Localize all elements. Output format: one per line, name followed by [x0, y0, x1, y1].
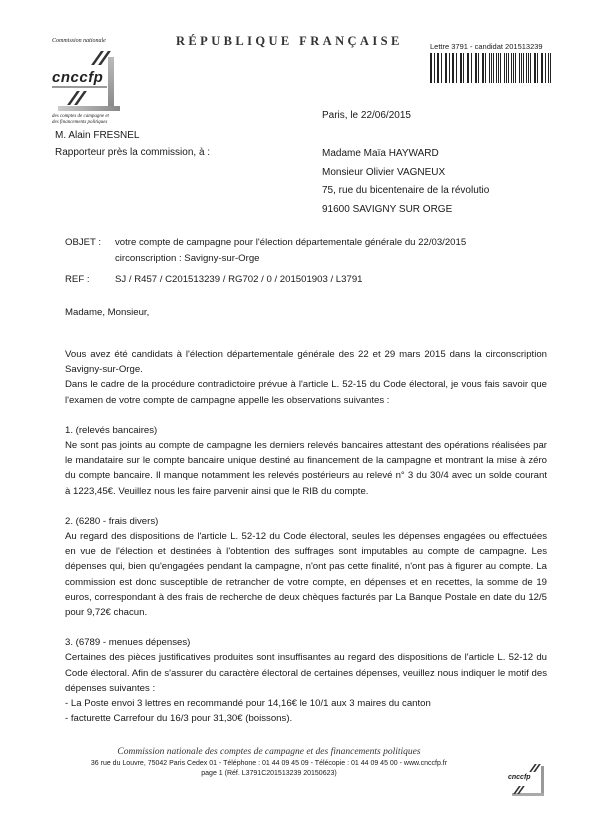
logo-mark: cnccfp: [52, 47, 114, 111]
section-title: 2. (6280 - frais divers): [65, 514, 547, 529]
sender-block: M. Alain FRESNEL Rapporteur près la comm…: [55, 127, 210, 161]
intro-paragraph: Vous avez été candidats à l'élection dép…: [65, 347, 547, 377]
section-title: 1. (relevés bancaires): [65, 423, 547, 438]
barcode: [430, 53, 552, 83]
footer-logo: cnccfp: [508, 762, 544, 796]
sender-name: M. Alain FRESNEL: [55, 127, 210, 144]
logo-bottom-text: des comptes de campagne et des financeme…: [52, 114, 120, 126]
letter-date: Paris, le 22/06/2015: [322, 110, 411, 121]
reference-value: SJ / R457 / C201513239 / RG702 / 0 / 201…: [115, 274, 363, 285]
cnccfp-logo: Commission nationale cnccfp des comptes …: [52, 38, 120, 126]
recipient-line: Madame Maïa HAYWARD: [322, 145, 489, 164]
section-text: Au regard des dispositions de l'article …: [65, 529, 547, 620]
section-text: Ne sont pas joints au compte de campagne…: [65, 438, 547, 499]
recipient-line: Monsieur Olivier VAGNEUX: [322, 164, 489, 183]
recipient-line: 91600 SAVIGNY SUR ORGE: [322, 201, 489, 220]
expense-item: - La Poste envoi 3 lettres en recommandé…: [65, 696, 547, 711]
subject-text: votre compte de campagne pour l'élection…: [115, 237, 466, 248]
footer-org: Commission nationale des comptes de camp…: [0, 747, 598, 757]
footer-logo-wordmark: cnccfp: [508, 774, 531, 781]
subject-circonscription: circonscription : Savigny-sur-Orge: [65, 251, 466, 267]
reference-block: REF :SJ / R457 / C201513239 / RG702 / 0 …: [65, 274, 363, 285]
section-title: 3. (6789 - menues dépenses): [65, 635, 547, 650]
letter-body: Vous avez été candidats à l'élection dép…: [65, 347, 547, 726]
logo-wordmark: cnccfp: [52, 69, 107, 88]
section-text: Certaines des pièces justificatives prod…: [65, 650, 547, 696]
salutation: Madame, Monsieur,: [65, 307, 149, 318]
logo-top-text: Commission nationale: [52, 38, 120, 44]
reference-label: REF :: [65, 274, 115, 285]
republic-heading: RÉPUBLIQUE FRANÇAISE: [176, 34, 403, 49]
recipient-address: Madame Maïa HAYWARD Monsieur Olivier VAG…: [322, 145, 489, 219]
sender-role: Rapporteur près la commission, à :: [55, 144, 210, 161]
recipient-line: 75, rue du bicentenaire de la révolutio: [322, 182, 489, 201]
subject-label: OBJET :: [65, 235, 115, 251]
barcode-label: Lettre 3791 - candidat 201513239: [430, 42, 543, 51]
intro-paragraph: Dans le cadre de la procédure contradict…: [65, 377, 547, 407]
expense-item: - facturette Carrefour du 16/3 pour 31,3…: [65, 711, 547, 726]
subject-block: OBJET :votre compte de campagne pour l'é…: [65, 235, 466, 267]
